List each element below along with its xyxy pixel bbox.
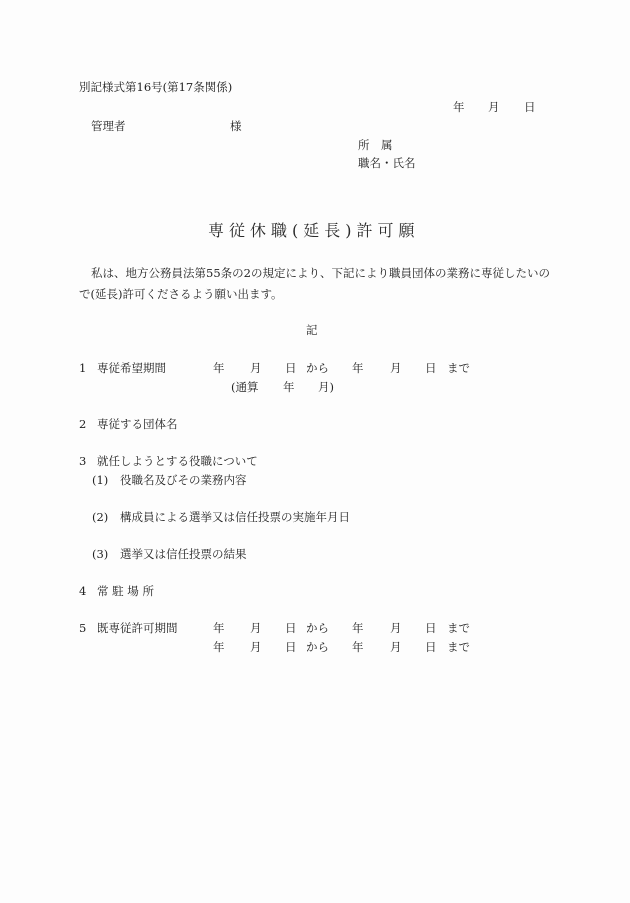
- item-label: 就任しようとする役職について: [97, 454, 258, 468]
- addressee-honorific: 様: [230, 119, 242, 133]
- item-label: 常 駐 場 所: [97, 584, 154, 598]
- period-month-to: 月: [390, 621, 402, 635]
- item-label: 既専従許可期間: [97, 621, 178, 635]
- period-month-from: 月: [250, 621, 262, 635]
- form-number: 別記様式第16号(第17条関係): [79, 80, 232, 94]
- item-number: 5: [79, 621, 86, 635]
- period-month-from: 月: [250, 361, 262, 375]
- subitem-number: (3): [92, 547, 108, 561]
- subitem-number: (2): [92, 510, 108, 524]
- period-day-from: 日: [285, 361, 297, 375]
- total-month: 月): [318, 380, 334, 394]
- document-title: 専従休職(延長)許可願: [208, 218, 420, 241]
- period-day-to: 日: [425, 640, 437, 654]
- period-year-from: 年: [213, 361, 225, 375]
- period-day-from: 日: [285, 621, 297, 635]
- date-month: 月: [488, 100, 500, 114]
- date-day: 日: [524, 100, 536, 114]
- subitem-label: 選挙又は信任投票の結果: [120, 547, 247, 561]
- period-year-from: 年: [213, 621, 225, 635]
- name-label: 職名・氏名: [358, 156, 416, 170]
- period-from: から: [306, 640, 329, 654]
- period-day-to: 日: [425, 621, 437, 635]
- period-to: まで: [447, 621, 470, 635]
- item-number: 2: [79, 417, 86, 431]
- period-month-to: 月: [390, 640, 402, 654]
- subitem-label: 役職名及びその業務内容: [120, 473, 247, 487]
- period-day-to: 日: [425, 361, 437, 375]
- period-to: まで: [447, 640, 470, 654]
- item-label: 専従希望期間: [97, 361, 166, 375]
- total-year: 年: [283, 380, 295, 394]
- addressee-label: 管理者: [91, 119, 126, 133]
- ki-heading: 記: [306, 323, 318, 337]
- period-month-from: 月: [250, 640, 262, 654]
- subitem-number: (1): [92, 473, 108, 487]
- item-number: 4: [79, 584, 86, 598]
- affiliation-label: 所 属: [358, 138, 393, 152]
- item-number: 3: [79, 454, 86, 468]
- body-line-1: 私は、地方公務員法第55条の2の規定により、下記により職員団体の業務に専従したい…: [91, 266, 550, 280]
- item-number: 1: [79, 361, 86, 375]
- period-year-to: 年: [352, 640, 364, 654]
- period-from: から: [306, 621, 329, 635]
- period-month-to: 月: [390, 361, 402, 375]
- period-year-to: 年: [352, 621, 364, 635]
- item-label: 専従する団体名: [97, 417, 178, 431]
- body-line-2: で(延長)許可くださるよう願い出ます。: [79, 287, 283, 301]
- period-from: から: [306, 361, 329, 375]
- total-open: (通算: [231, 380, 259, 394]
- period-year-from: 年: [213, 640, 225, 654]
- date-year: 年: [453, 100, 465, 114]
- period-day-from: 日: [285, 640, 297, 654]
- period-to: まで: [447, 361, 470, 375]
- period-year-to: 年: [352, 361, 364, 375]
- subitem-label: 構成員による選挙又は信任投票の実施年月日: [120, 510, 350, 524]
